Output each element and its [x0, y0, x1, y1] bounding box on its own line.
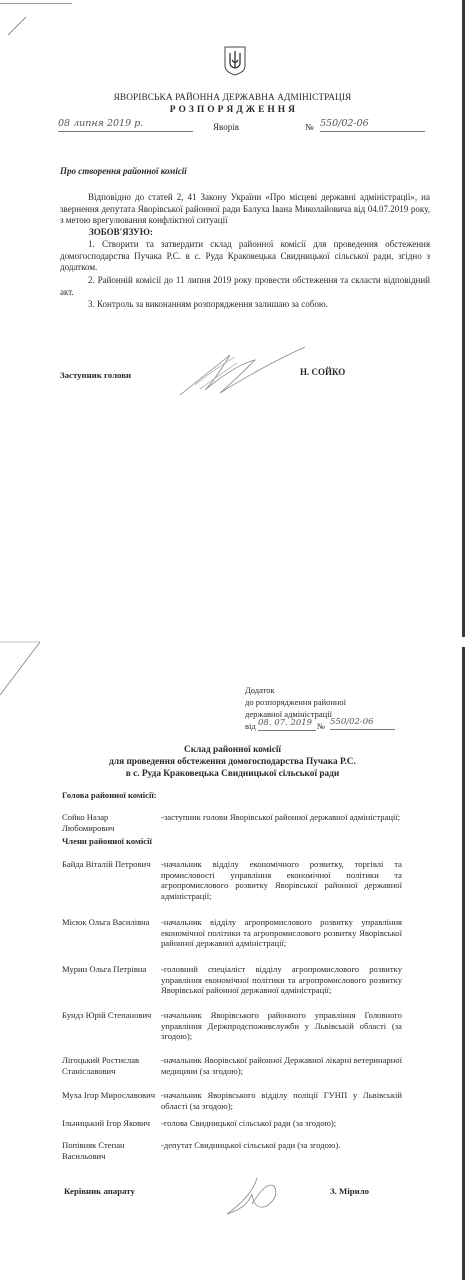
member-name: Байда Віталій Петрович	[62, 859, 161, 901]
member-name: Лігоцький Ростислав Станіславович	[62, 1055, 161, 1076]
member-row: Байда Віталій Петрович -начальник відділ…	[62, 859, 402, 901]
member-name: Бундз Юрій Степанович	[62, 1010, 161, 1042]
annex-number-handwritten: 550/02-06	[330, 717, 395, 730]
signature-icon	[222, 1176, 282, 1221]
signature-icon	[175, 345, 310, 400]
member-role: -заступник голови Яворівської районної д…	[161, 812, 402, 833]
pen-mark-icon	[0, 640, 45, 700]
member-name: Мурин Ольга Петрівна	[62, 964, 161, 996]
member-row: Муха Ігор Мирославович -начальник Яворів…	[62, 1090, 402, 1111]
number-handwritten: 550/02-06	[320, 118, 425, 132]
members-label: Члени районної комісії	[62, 836, 161, 847]
doc-type: Р О З П О Р Я Д Ж Е Н Н Я	[0, 105, 465, 115]
member-row: Лігоцький Ростислав Станіславович -начал…	[62, 1055, 402, 1076]
composition-title-1: Склад районної комісії	[0, 745, 465, 755]
annex-number-prefix: №	[317, 721, 325, 732]
annex-line-2: до розпорядження районної	[245, 697, 346, 708]
member-row: Мурин Ольга Петрівна -головний спеціаліс…	[62, 964, 402, 996]
member-name: Сойко Назар Любомирович	[62, 812, 161, 833]
head-label-row: Голова районної комісії:	[62, 790, 402, 801]
member-row: Бундз Юрій Степанович -начальник Яворівс…	[62, 1010, 402, 1042]
org-title: ЯВОРІВСЬКА РАЙОННА ДЕРЖАВНА АДМІНІСТРАЦІ…	[0, 93, 465, 104]
members-label-row: Члени районної комісії	[62, 836, 402, 847]
annex-label: Додаток	[245, 685, 275, 696]
member-name: Ільницький Ігор Якович	[62, 1118, 161, 1129]
member-role: -начальник Яворівської районної Державно…	[161, 1055, 402, 1076]
member-name: Місюк Ольга Василівна	[62, 917, 161, 949]
preamble: Відповідно до статей 2, 41 Закону Україн…	[60, 192, 430, 227]
coat-of-arms-icon	[224, 46, 246, 76]
member-row: Місюк Ольга Василівна -начальник відділу…	[62, 917, 402, 949]
annex-date-handwritten: 08. 07. 2019	[258, 718, 316, 731]
oblige-heading: ЗОБОВ'ЯЗУЮ:	[89, 227, 153, 237]
member-row: Ільницький Ігор Якович -голова Свидницьк…	[62, 1118, 402, 1129]
number-prefix: №	[305, 122, 314, 133]
order-item-2: 2. Районній комісії до 11 липня 2019 рок…	[60, 275, 430, 298]
member-name: Попівняк Степан Васильович	[62, 1140, 161, 1161]
pen-mark-icon	[6, 15, 28, 37]
member-role: -депутат Свидницької сільської ради (за …	[161, 1140, 402, 1161]
head-label: Голова районної комісії:	[62, 790, 161, 801]
head-row: Сойко Назар Любомирович -заступник голов…	[62, 812, 402, 833]
member-row: Попівняк Степан Васильович -депутат Свид…	[62, 1140, 402, 1161]
order-item-3: 3. Контроль за виконанням розпорядження …	[60, 299, 430, 311]
member-role: -начальник Яворівського районного управл…	[161, 1010, 402, 1042]
signer-position: Заступник голови	[60, 370, 131, 380]
member-role: -начальник відділу економічного розвитку…	[161, 859, 402, 901]
composition-title-2: для проведення обстеження домогосподарст…	[0, 757, 465, 767]
member-role: -голова Свидницької сільської ради (за з…	[161, 1118, 402, 1129]
composition-title-3: в с. Руда Краковецька Свидницької сільсь…	[0, 769, 465, 779]
annex-from: від	[245, 721, 256, 732]
scan-edge-line	[0, 3, 72, 4]
member-role: -головний спеціаліст відділу агропромисл…	[161, 964, 402, 996]
member-name: Муха Ігор Мирославович	[62, 1090, 161, 1111]
date-handwritten: 08 липня 2019 р.	[58, 118, 193, 132]
place: Яворів	[213, 122, 239, 133]
signer-name: Н. СОЙКО	[300, 367, 345, 377]
member-role: -начальник Яворівського відділу поліції …	[161, 1090, 402, 1111]
order-item-1: 1. Створити та затвердити склад районної…	[60, 239, 430, 274]
member-role: -начальник відділу агропромислового розв…	[161, 917, 402, 949]
signer-position: Керівник апарату	[64, 1186, 135, 1196]
subject: Про створення районної комісії	[60, 166, 187, 176]
signer-name: З. Мірило	[330, 1186, 369, 1196]
